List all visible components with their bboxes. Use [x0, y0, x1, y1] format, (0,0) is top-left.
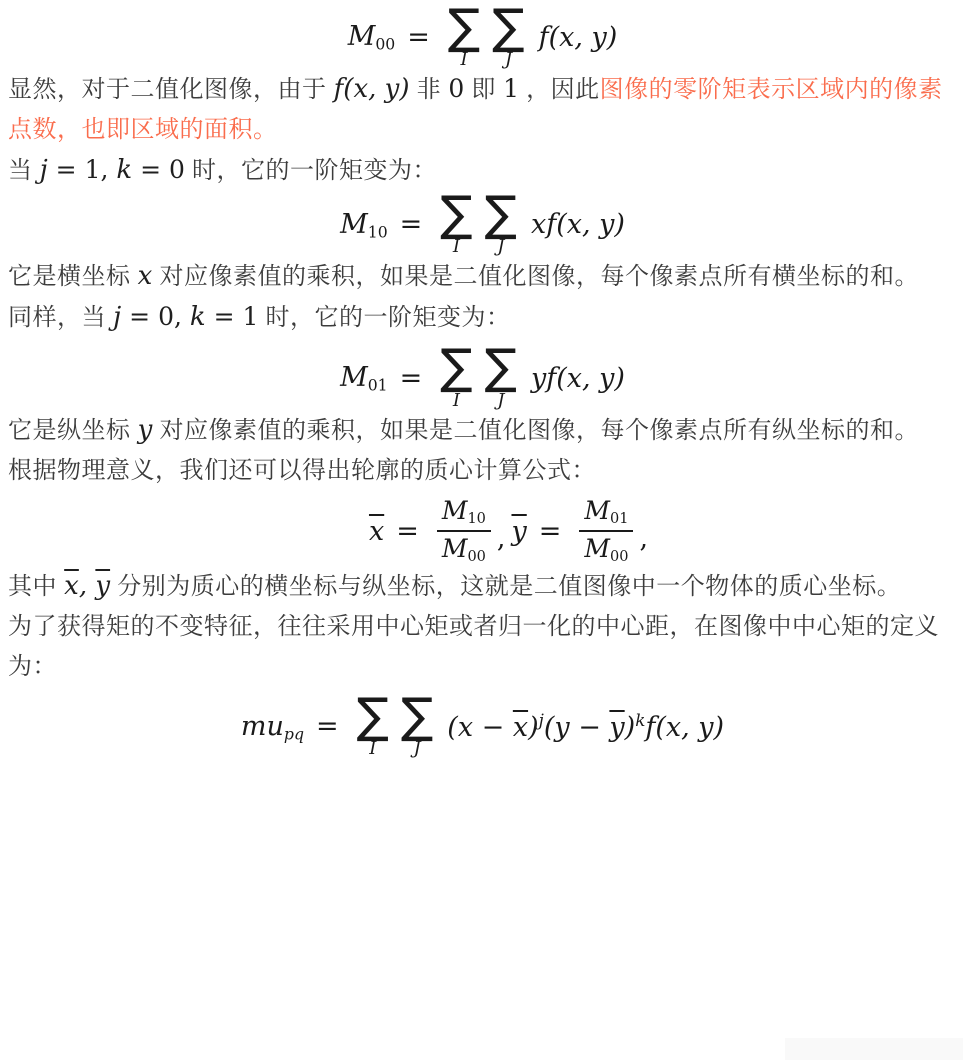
sigma-icon: ∑ — [448, 6, 480, 48]
inline-math-k: k — [116, 155, 132, 185]
text-segment: 时，它的一阶矩变为： — [258, 304, 510, 331]
mu-lhs: mupq — [241, 711, 304, 743]
paragraph-centroid-intro: 根据物理意义，我们还可以得出轮廓的质心计算公式： — [8, 451, 957, 491]
sum-over-J: ∑J — [485, 193, 517, 256]
equals-sign: = — [400, 363, 423, 394]
text-segment: 对应像素值的乘积，如果是二值化图像，每个像素点所有纵坐标的和。 — [152, 417, 919, 444]
text-segment: 它是横坐标 — [8, 263, 138, 290]
paragraph-central-moment-intro: 为了获得矩的不变特征，往往采用中心矩或者归一化的中心距，在图像中中心矩的定义为： — [8, 607, 957, 687]
m10-lhs: M10 — [340, 209, 388, 241]
inline-math-k: k — [190, 302, 206, 332]
paragraph-centroid-meaning: 其中 x, y 分别为质心的横坐标与纵坐标，这就是二值图像中一个物体的质心坐标。 — [8, 566, 957, 607]
m10-expression: xf(x, y) — [531, 209, 625, 240]
text-segment: ，因此 — [519, 76, 600, 103]
inline-math-x: x — [138, 261, 153, 291]
formula-centroid: x = M10 M00 , y = M01 M00 , — [34, 497, 965, 566]
text-segment: 显然，对于二值化图像，由于 — [8, 76, 334, 103]
sigma-icon: ∑ — [440, 193, 472, 235]
text-segment: 分别为质心的横坐标与纵坐标，这就是二值图像中一个物体的质心坐标。 — [110, 573, 901, 600]
sigma-icon: ∑ — [357, 695, 389, 737]
text-segment: 同样，当 — [8, 304, 113, 331]
ybar: y — [511, 516, 526, 547]
equals-sign: = — [396, 516, 419, 547]
sum-over-I: ∑I — [448, 6, 480, 69]
sum-over-J: ∑J — [492, 6, 524, 69]
text-segment: 其中 — [8, 573, 64, 600]
inline-number: 0 — [448, 74, 464, 103]
equals-sign: = — [400, 209, 423, 240]
inline-math-y: y — [138, 415, 153, 445]
paragraph-j1-k0: 当 j = 1, k = 0 时，它的一阶矩变为： — [8, 150, 957, 191]
article-page: M00 = ∑I ∑J f(x, y) 显然，对于二值化图像，由于 f(x, y… — [0, 6, 965, 1060]
equals-sign: = — [316, 711, 339, 742]
formula-m00: M00 = ∑I ∑J f(x, y) — [8, 6, 957, 69]
comma: , — [639, 523, 648, 554]
m00-expression: f(x, y) — [539, 22, 618, 53]
m01-expression: yf(x, y) — [531, 363, 625, 394]
sigma-icon: ∑ — [485, 193, 517, 235]
faded-watermark — [785, 1038, 963, 1060]
fraction-m10-m00: M10 M00 — [437, 497, 491, 566]
text-segment: 对应像素值的乘积，如果是二值化图像，每个像素点所有横坐标的和。 — [152, 263, 919, 290]
fraction-m01-m00: M01 M00 — [579, 497, 633, 566]
sigma-icon: ∑ — [440, 346, 472, 388]
paragraph-zero-order-moment: 显然，对于二值化图像，由于 f(x, y) 非 0 即 1 ，因此图像的零阶矩表… — [8, 69, 957, 150]
formula-m10: M10 = ∑I ∑J xf(x, y) — [8, 193, 957, 256]
m00-lhs: M00 — [348, 21, 396, 53]
text-segment: 当 — [8, 157, 40, 184]
xbar: x — [369, 516, 384, 547]
sum-over-I: ∑I — [440, 193, 472, 256]
sigma-icon: ∑ — [492, 6, 524, 48]
paragraph-m01-meaning: 它是纵坐标 y 对应像素值的乘积，如果是二值化图像，每个像素点所有纵坐标的和。 — [8, 410, 957, 451]
text-segment: 时，它的一阶矩变为： — [185, 157, 437, 184]
paragraph-j0-k1: 同样，当 j = 0, k = 1 时，它的一阶矩变为： — [8, 297, 957, 338]
m01-lhs: M01 — [340, 362, 388, 394]
text-segment: 为了获得矩的不变特征，往往采用中心矩或者归一化的中心距，在图像中中心矩的定义为： — [8, 613, 939, 680]
mu-expression: (x − x)j(y − y)kf(x, y) — [447, 710, 724, 743]
text-segment: 根据物理意义，我们还可以得出轮廓的质心计算公式： — [8, 457, 596, 484]
paragraph-m10-meaning: 它是横坐标 x 对应像素值的乘积，如果是二值化图像，每个像素点所有横坐标的和。 — [8, 256, 957, 297]
equals-sign: = — [539, 516, 562, 547]
inline-math-j: j — [40, 155, 48, 185]
sum-over-I: ∑I — [440, 346, 472, 409]
sum-over-J: ∑J — [401, 695, 433, 758]
equals-sign: = — [407, 22, 430, 53]
sigma-icon: ∑ — [485, 346, 517, 388]
text-segment: 它是纵坐标 — [8, 417, 138, 444]
sum-over-I: ∑I — [357, 695, 389, 758]
text-segment: 即 — [464, 76, 503, 103]
sum-over-J: ∑J — [485, 346, 517, 409]
inline-math-xbar: x — [64, 571, 79, 601]
text-segment: 非 — [409, 76, 448, 103]
inline-math-fxy: f(x, y) — [334, 74, 410, 104]
sigma-icon: ∑ — [401, 695, 433, 737]
comma: , — [497, 523, 506, 554]
inline-math-ybar: y — [95, 571, 110, 601]
formula-mu-pq: mupq = ∑I ∑J (x − x)j(y − y)kf(x, y) — [8, 695, 957, 758]
inline-number: 1 — [503, 74, 519, 103]
formula-m01: M01 = ∑I ∑J yf(x, y) — [8, 346, 957, 409]
